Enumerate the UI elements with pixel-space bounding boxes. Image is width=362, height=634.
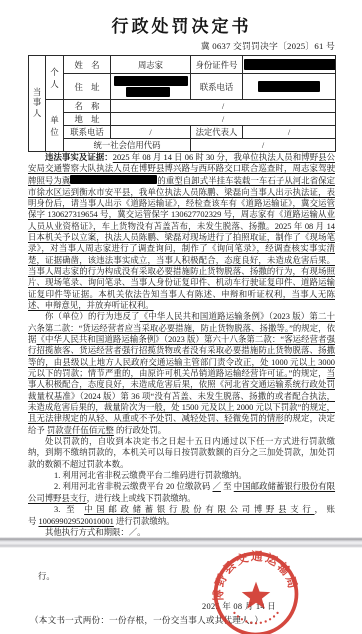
party-label-cell: 当事人: [29, 56, 46, 152]
penalty-decision-document: { "doc": { "title": "行政处罚决定书", "doc_numb…: [0, 0, 362, 634]
unit-addr-label: 地 址: [64, 113, 111, 126]
phone-label: 联系电话: [191, 74, 243, 100]
seal-star-icon: [242, 582, 271, 609]
legal-rep-value: /: [243, 126, 336, 139]
id-label: 身份证件号: [191, 56, 243, 74]
credit-code-label: 统一社会信用代码: [64, 139, 191, 152]
unit-name-value: /: [111, 100, 336, 113]
facts-label: 违法事实及证据：: [45, 153, 113, 162]
appeal-continuation: 行。: [38, 570, 55, 582]
individual-label-cell: 个人: [46, 56, 64, 100]
facts-paragraph: 违法事实及证据：2025 年 08 月 14 日 06 时 30 分，我单位执法…: [28, 152, 335, 311]
unit-phone-label: 联系电话: [64, 126, 111, 139]
unit-name-label: 名 称: [64, 100, 111, 113]
other-method-line: 其他执行方式和期限：／。: [28, 527, 335, 537]
redacted-id-number: [244, 59, 336, 70]
unit-phone-value: /: [111, 126, 191, 139]
payment-option-2: 2. 利用河北省非税云缴费平台 20 位缴款码 ／ 至 中国邮政储蓄银行股份有限…: [28, 481, 335, 504]
seal-anticounterfeit-marks: [233, 612, 278, 625]
payment-option-3: 3. 至 中国邮政储蓄银行股份有限公司博野县支行，账号 100699029520…: [28, 504, 335, 527]
party-info-table: 当事人 个人 姓 名 周志家 身份证件号 住 址 联系电话 单位 名 称 / 地…: [28, 55, 336, 152]
payment-intro-paragraph: 处以罚款的，自收到本决定书之日起十五日内通过以下任一方式进行罚款缴纳，到期不缴纳…: [28, 436, 335, 470]
page-separator: [0, 537, 362, 548]
legal-rep-label: 法定代表人: [191, 126, 243, 139]
id-value-cell: [243, 56, 336, 74]
name-value: 周志家: [111, 56, 191, 74]
decision-paragraph: 你（单位）的行为违反了《中华人民共和国道路运输条例》（2023 版）第二十六条第…: [28, 311, 335, 436]
address-value-cell: [111, 74, 191, 100]
redacted-address-line1: [114, 76, 188, 86]
page-title: 行政处罚决定书: [28, 12, 335, 37]
name-label: 姓 名: [64, 56, 111, 74]
document-page-1: 行政处罚决定书 冀 0637 交罚罚决字〔2025〕61 号 当事人 个人 姓 …: [0, 0, 362, 537]
doc-number: 冀 0637 交罚罚决字〔2025〕61 号: [28, 39, 335, 52]
redacted-phone-number: [258, 81, 320, 92]
party-label: 当事人: [33, 88, 42, 120]
document-body: 违法事实及证据：2025 年 08 月 14 日 06 时 30 分，我单位执法…: [28, 152, 335, 537]
credit-code-value: /: [191, 139, 336, 152]
redacted-address-line2: [126, 87, 170, 97]
unit-label-cell: 单位: [46, 100, 64, 152]
official-seal: 博野县交通运输局: [212, 550, 300, 634]
phone-value-cell: [243, 74, 336, 100]
document-page-2: 行。 2025 年 08 月 14 日 博野县交通运输局 （本文书一式两份：一份…: [0, 548, 362, 634]
redacted-plate-number: [70, 175, 157, 185]
unit-addr-value: /: [111, 113, 336, 126]
payment-option-1: 1. 利用河北省非税云缴费平台二维码进行罚款缴纳。: [28, 470, 335, 481]
address-label: 住 址: [64, 74, 111, 100]
